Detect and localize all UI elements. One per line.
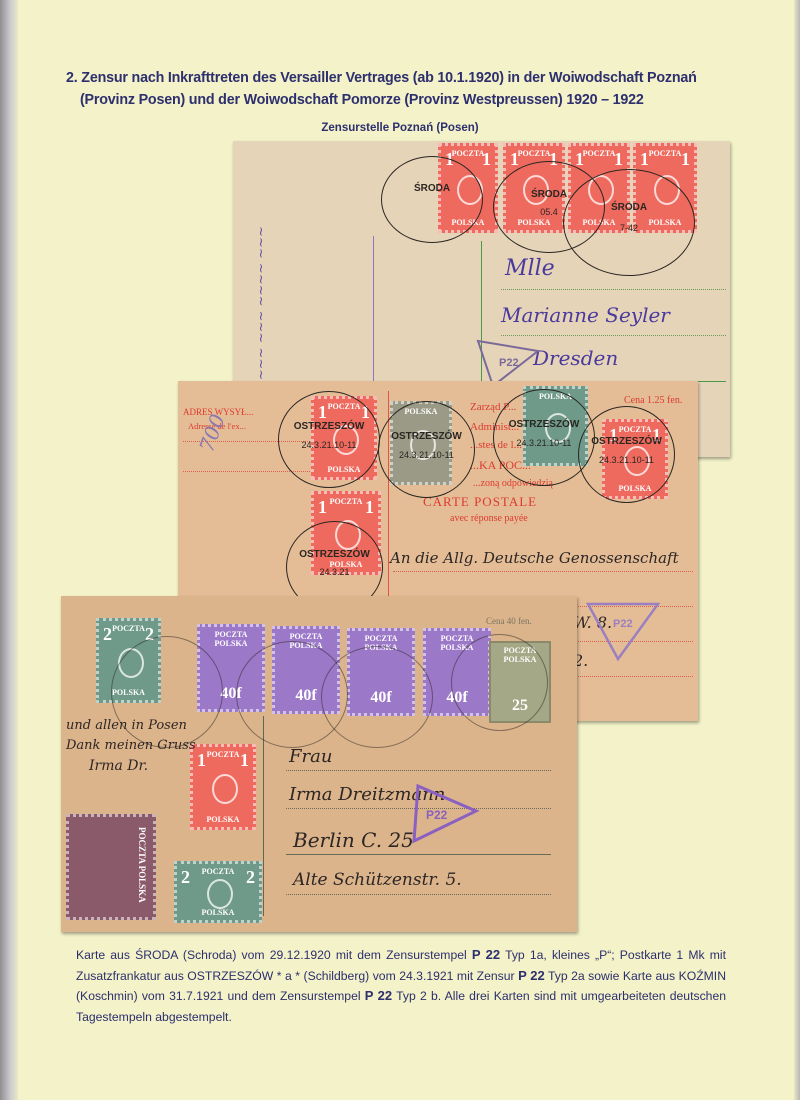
postmark-kozmin <box>451 634 548 731</box>
message-line-2: Dank meinen Gruss <box>66 738 196 753</box>
page-right-edge <box>794 0 800 1100</box>
avec-reponse-label: avec réponse payée <box>450 513 528 524</box>
title-line-1: 2. Zensur nach Inkrafttreten des Versail… <box>66 70 697 86</box>
address-line <box>286 770 551 771</box>
address-line-1: Frau <box>289 746 332 767</box>
price-label: Cena 40 fen. <box>486 616 532 626</box>
svg-text:P22: P22 <box>613 618 633 630</box>
address-line-1: Mlle <box>505 256 555 281</box>
censor-mark-p22: P22 <box>406 781 486 846</box>
postmark-kozmin <box>321 646 433 748</box>
price-label: Cena 1.25 fen. <box>624 395 682 406</box>
pencil-mark: 700 <box>194 411 230 455</box>
stamp-2-fenigi: 22 POCZTAPOLSKA <box>174 861 262 923</box>
address-line <box>286 894 551 895</box>
postmark-sroda: ŚRODA7-42 <box>563 169 695 276</box>
message-line-1: und allen in Posen <box>66 718 187 733</box>
page-left-edge <box>0 0 18 1100</box>
address-line-3: Dresden <box>533 346 618 370</box>
censor-mark-p22: P22 <box>583 599 663 664</box>
message-handwriting: ~~~~ ~~~ ~~~~ ~~~ <box>253 181 368 391</box>
carte-postale-label: CARTE POSTALE <box>423 494 537 510</box>
caption-text: Karte aus ŚRODA (Schroda) vom 29.12.1920… <box>76 945 726 1027</box>
address-line <box>286 854 551 855</box>
address-line-2: Marianne Seyler <box>501 303 670 327</box>
address-line-4: Alte Schützenstr. 5. <box>293 870 462 890</box>
address-line <box>393 571 693 572</box>
stamp-plum-allegory: POCZTA POLSKA <box>66 814 156 920</box>
page-subtitle: Zensurstelle Poznań (Posen) <box>0 122 800 134</box>
svg-text:P22: P22 <box>426 808 448 822</box>
stamp-1-marka: 11 POCZTAPOLSKA <box>190 744 256 830</box>
postcard-kozmin: Cena 40 fen. 22 POCZTAPOLSKA POCZTA POLS… <box>61 596 577 932</box>
title-line-2: (Provinz Posen) und der Woiwodschaft Pom… <box>66 89 766 111</box>
address-line-1: An die Allg. Deutsche Genossenschaft <box>390 549 679 567</box>
message-line-3: Irma Dr. <box>89 758 148 774</box>
postmark-ostrzeszow: OSTRZESZÓW24.3.21.10-11 <box>278 391 380 488</box>
postmark-sroda: ŚRODA <box>381 156 483 243</box>
postmark-ostrzeszow: OSTRZESZÓW24.3.21.10-11 <box>578 406 675 503</box>
svg-text:P22: P22 <box>499 357 519 369</box>
address-line-3: Berlin C. 25 <box>293 828 414 852</box>
postmark-ostrzeszow: OSTRZESZÓW24.3.21.10-11 <box>378 401 475 498</box>
divider-line <box>263 716 264 916</box>
page-title: 2. Zensur nach Inkrafttreten des Versail… <box>66 67 766 111</box>
address-line <box>501 289 726 290</box>
